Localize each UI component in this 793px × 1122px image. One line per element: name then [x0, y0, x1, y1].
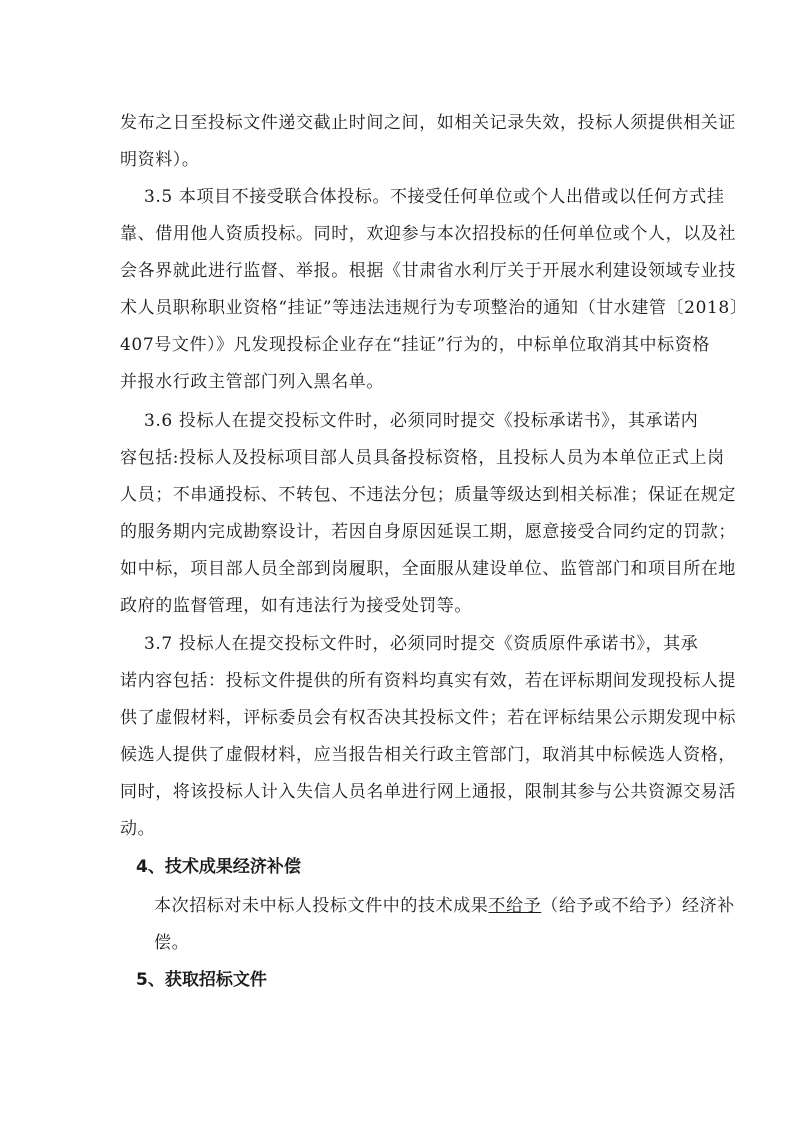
text-line: 3.5 本项目不接受联合体投标。不接受任何单位或个人出借或以任何方式挂 [120, 186, 680, 208]
text-line: 人员；不串通投标、不转包、不违法分包；质量等级达到相关标准；保证在规定 [120, 484, 680, 506]
text-line: 发布之日至投标文件递交截止时间之间，如相关记录失效，投标人须提供相关证 [120, 112, 680, 134]
text-line: 诺内容包括：投标文件提供的所有资料均真实有效，若在评标期间发现投标人提 [120, 670, 680, 692]
text-line: 并报水行政主管部门列入黑名单。 [120, 371, 680, 393]
text-line: 407号文件）》凡发现投标企业存在“挂证”行为的，中标单位取消其中标资格 [120, 334, 680, 356]
text-line: 政府的监督管理，如有违法行为接受处罚等。 [120, 595, 680, 617]
underlined-choice: 不给予 [488, 896, 541, 916]
text-line: 如中标，项目部人员全部到岗履职，全面服从建设单位、监管部门和项目所在地 [120, 558, 680, 580]
section-5-heading: 5、获取招标文件 [136, 969, 267, 991]
text-line: 同时，将该投标人计入失信人员名单进行网上通报，限制其参与公共资源交易活 [120, 781, 680, 803]
text-line: 明资料）。 [120, 149, 680, 171]
section-4-text-line2: 偿。 [154, 932, 714, 954]
text-line: 候选人提供了虚假材料，应当报告相关行政主管部门，取消其中标候选人资格， [120, 744, 680, 766]
text-line: 靠、借用他人资质投标。同时，欢迎参与本次招投标的任何单位或个人，以及社 [120, 223, 680, 245]
text-line: 术人员职称职业资格“挂证”等违法违规行为专项整治的通知（甘水建管〔2018〕 [120, 297, 680, 319]
text-line: 会各界就此进行监督、举报。根据《甘肃省水利厅关于开展水利建设领域专业技 [120, 260, 680, 282]
text-line: 容包括:投标人及投标项目部人员具备投标资格，且投标人员为本单位正式上岗 [120, 447, 680, 469]
text-line: 3.6 投标人在提交投标文件时，必须同时提交《投标承诺书》，其承诺内 [120, 410, 680, 432]
section-4-heading: 4、技术成果经济补偿 [136, 856, 301, 878]
text-span: （给予或不给予）经济补 [541, 896, 735, 916]
text-line: 的服务期内完成勘察设计，若因自身原因延误工期，愿意接受合同约定的罚款； [120, 521, 680, 543]
section-4-text: 本次招标对未中标人投标文件中的技术成果不给予（给予或不给予）经济补 [154, 895, 714, 917]
text-line: 供了虚假材料，评标委员会有权否决其投标文件；若在评标结果公示期发现中标 [120, 707, 680, 729]
text-line: 动。 [120, 818, 680, 840]
text-span: 本次招标对未中标人投标文件中的技术成果 [154, 896, 488, 916]
text-line: 3.7 投标人在提交投标文件时，必须同时提交《资质原件承诺书》，其承 [120, 633, 680, 655]
